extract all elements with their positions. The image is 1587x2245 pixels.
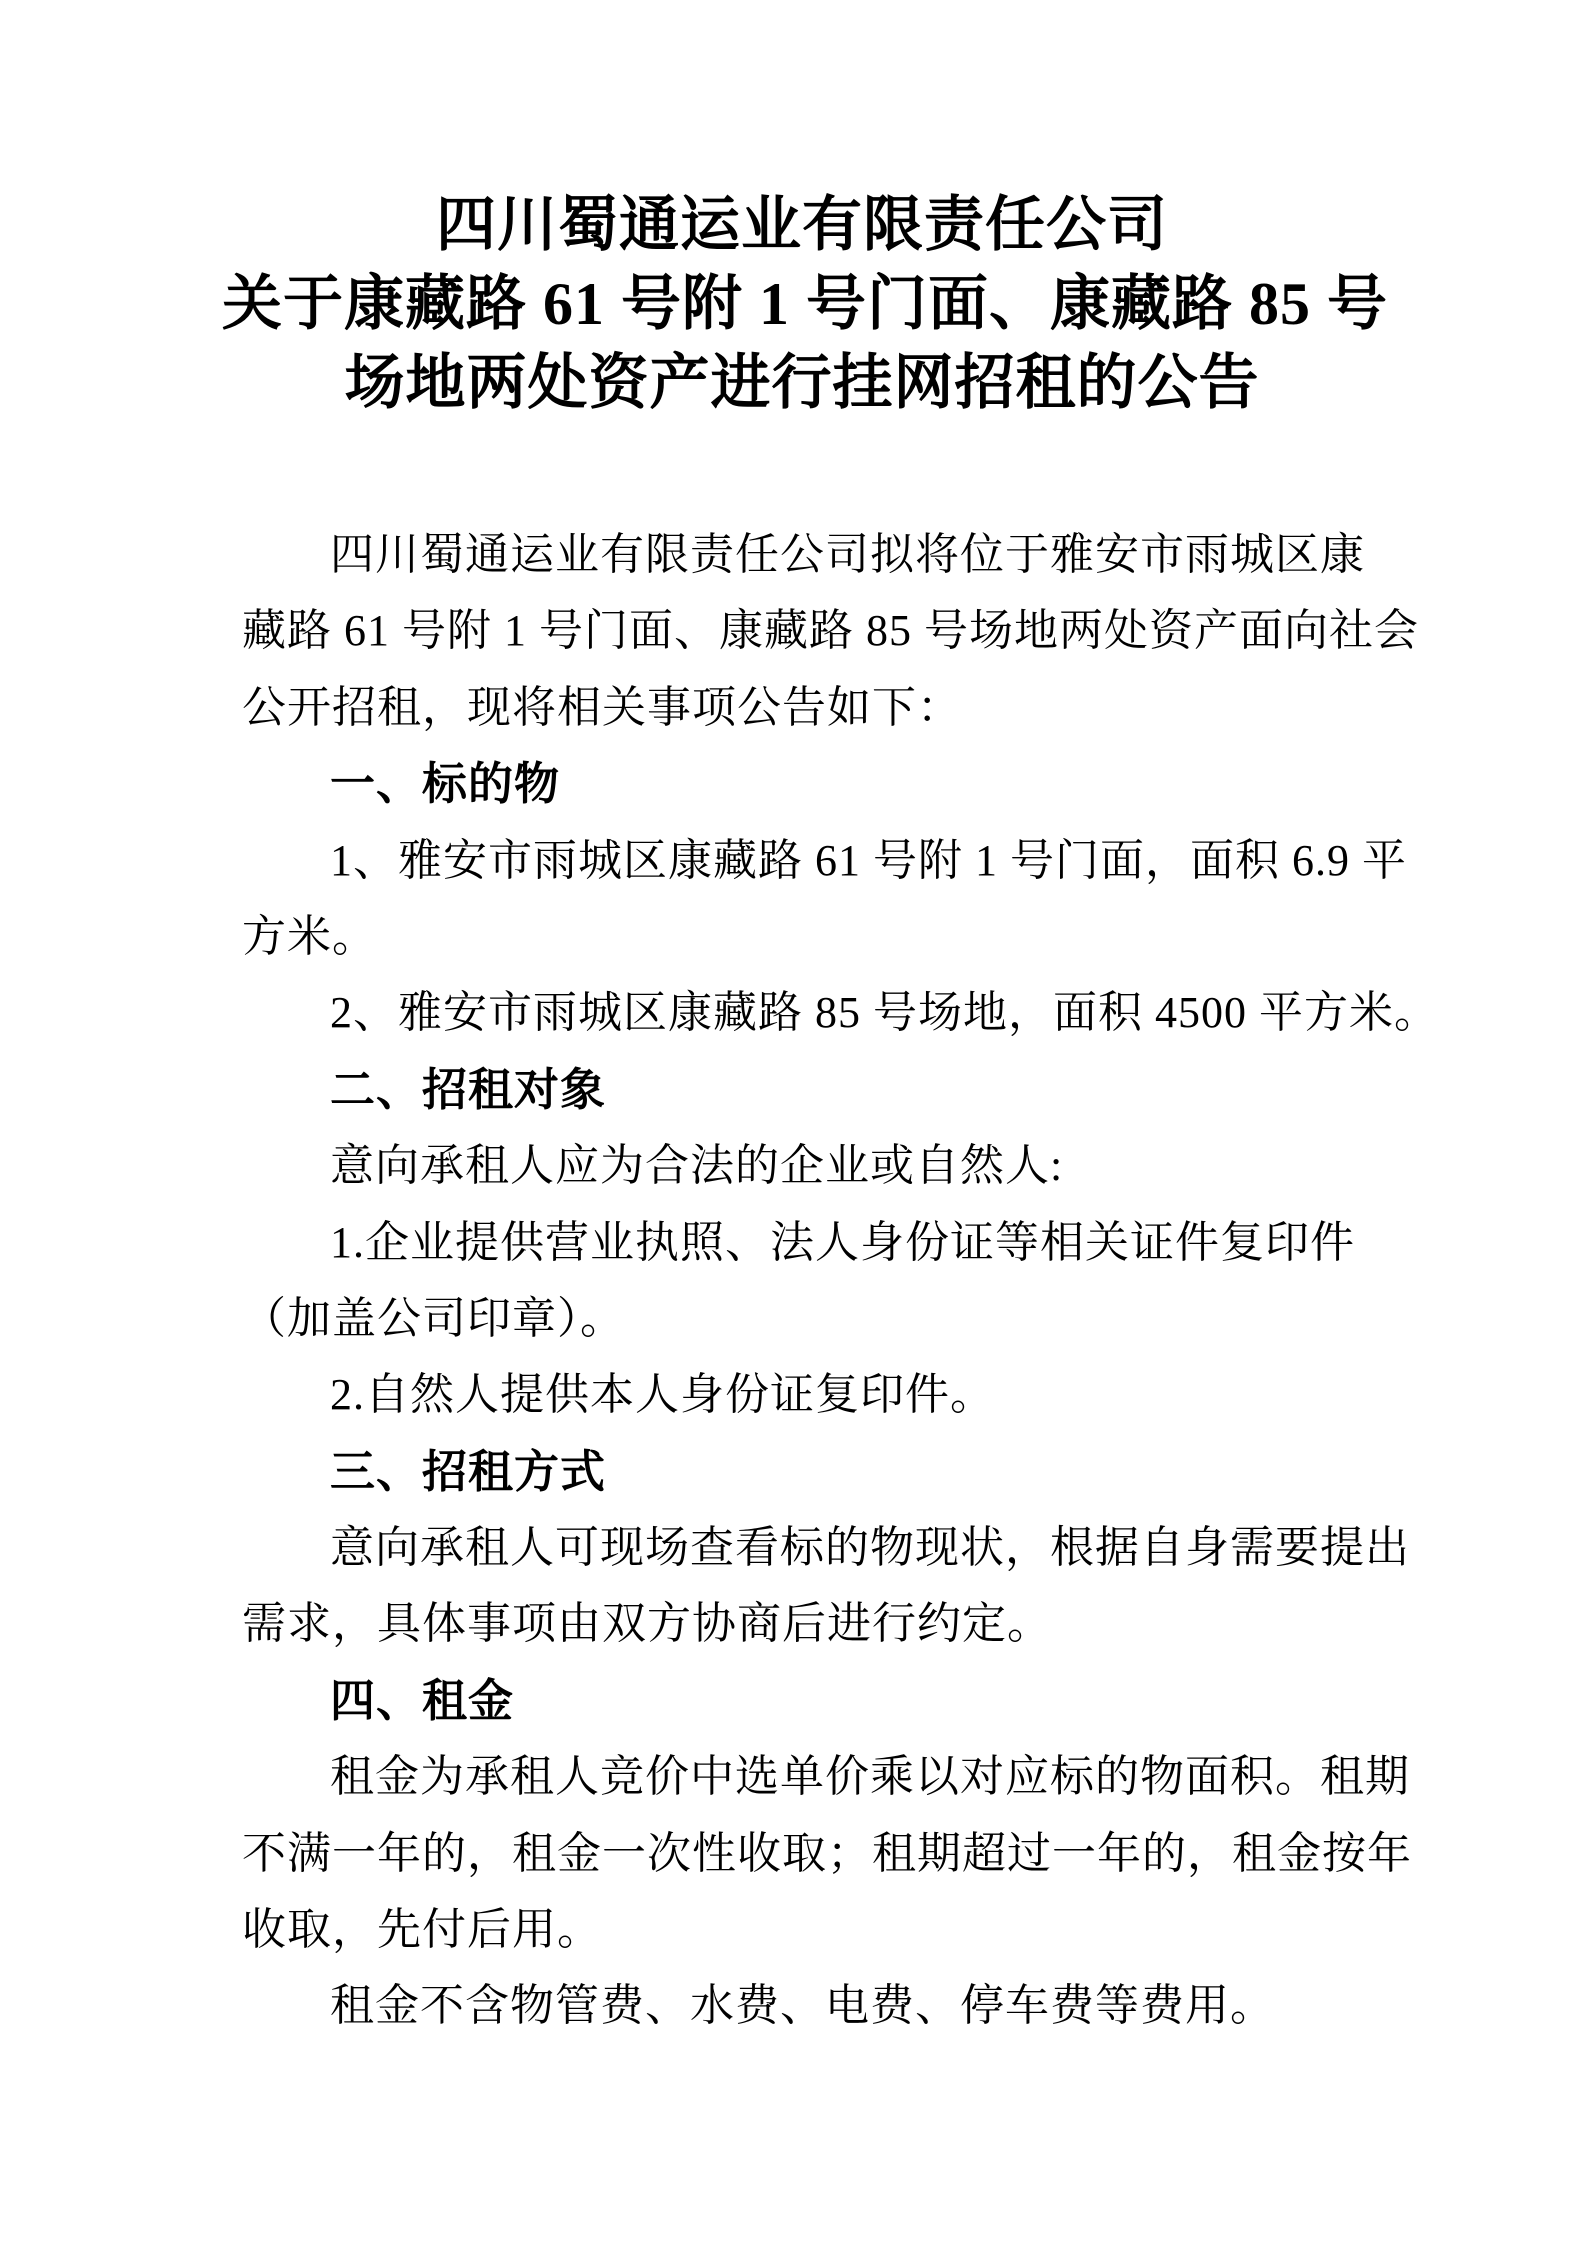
section-heading: 一、标的物 [242, 746, 1357, 822]
body-line: （加盖公司印章）。 [242, 1281, 1357, 1357]
document-body: 四川蜀通运业有限责任公司拟将位于雅安市雨城区康 藏路 61 号附 1 号门面、康… [242, 517, 1357, 2045]
body-line: 藏路 61 号附 1 号门面、康藏路 85 号场地两处资产面向社会 [242, 593, 1357, 669]
body-line: 不满一年的，租金一次性收取；租期超过一年的，租金按年 [242, 1816, 1357, 1892]
body-line: 意向承租人应为合法的企业或自然人: [242, 1128, 1357, 1204]
body-line: 公开招租，现将相关事项公告如下： [242, 670, 1357, 746]
body-line: 四川蜀通运业有限责任公司拟将位于雅安市雨城区康 [242, 517, 1357, 593]
section-heading: 三、招租方式 [242, 1434, 1357, 1510]
body-line: 租金不含物管费、水费、电费、停车费等费用。 [242, 1968, 1357, 2044]
section-heading: 四、租金 [242, 1663, 1357, 1739]
document-page: 四川蜀通运业有限责任公司 关于康藏路 61 号附 1 号门面、康藏路 85 号 … [0, 0, 1587, 2245]
title-line: 关于康藏路 61 号附 1 号门面、康藏路 85 号 [222, 265, 1382, 344]
body-line: 意向承租人可现场查看标的物现状，根据自身需要提出 [242, 1510, 1357, 1586]
body-line: 收取，先付后用。 [242, 1892, 1357, 1968]
body-line: 方米。 [242, 899, 1357, 975]
title-line: 场地两处资产进行挂网招租的公告 [222, 344, 1382, 423]
title-line: 四川蜀通运业有限责任公司 [222, 186, 1382, 265]
document-title: 四川蜀通运业有限责任公司 关于康藏路 61 号附 1 号门面、康藏路 85 号 … [222, 186, 1382, 423]
body-line: 1、雅安市雨城区康藏路 61 号附 1 号门面，面积 6.9 平 [242, 823, 1357, 899]
body-line: 需求，具体事项由双方协商后进行约定。 [242, 1586, 1357, 1662]
body-line: 2、雅安市雨城区康藏路 85 号场地，面积 4500 平方米。 [242, 975, 1357, 1051]
body-line: 2.自然人提供本人身份证复印件。 [242, 1357, 1357, 1433]
body-line: 1.企业提供营业执照、法人身份证等相关证件复印件 [242, 1205, 1357, 1281]
body-line: 租金为承租人竞价中选单价乘以对应标的物面积。租期 [242, 1739, 1357, 1815]
section-heading: 二、招租对象 [242, 1052, 1357, 1128]
